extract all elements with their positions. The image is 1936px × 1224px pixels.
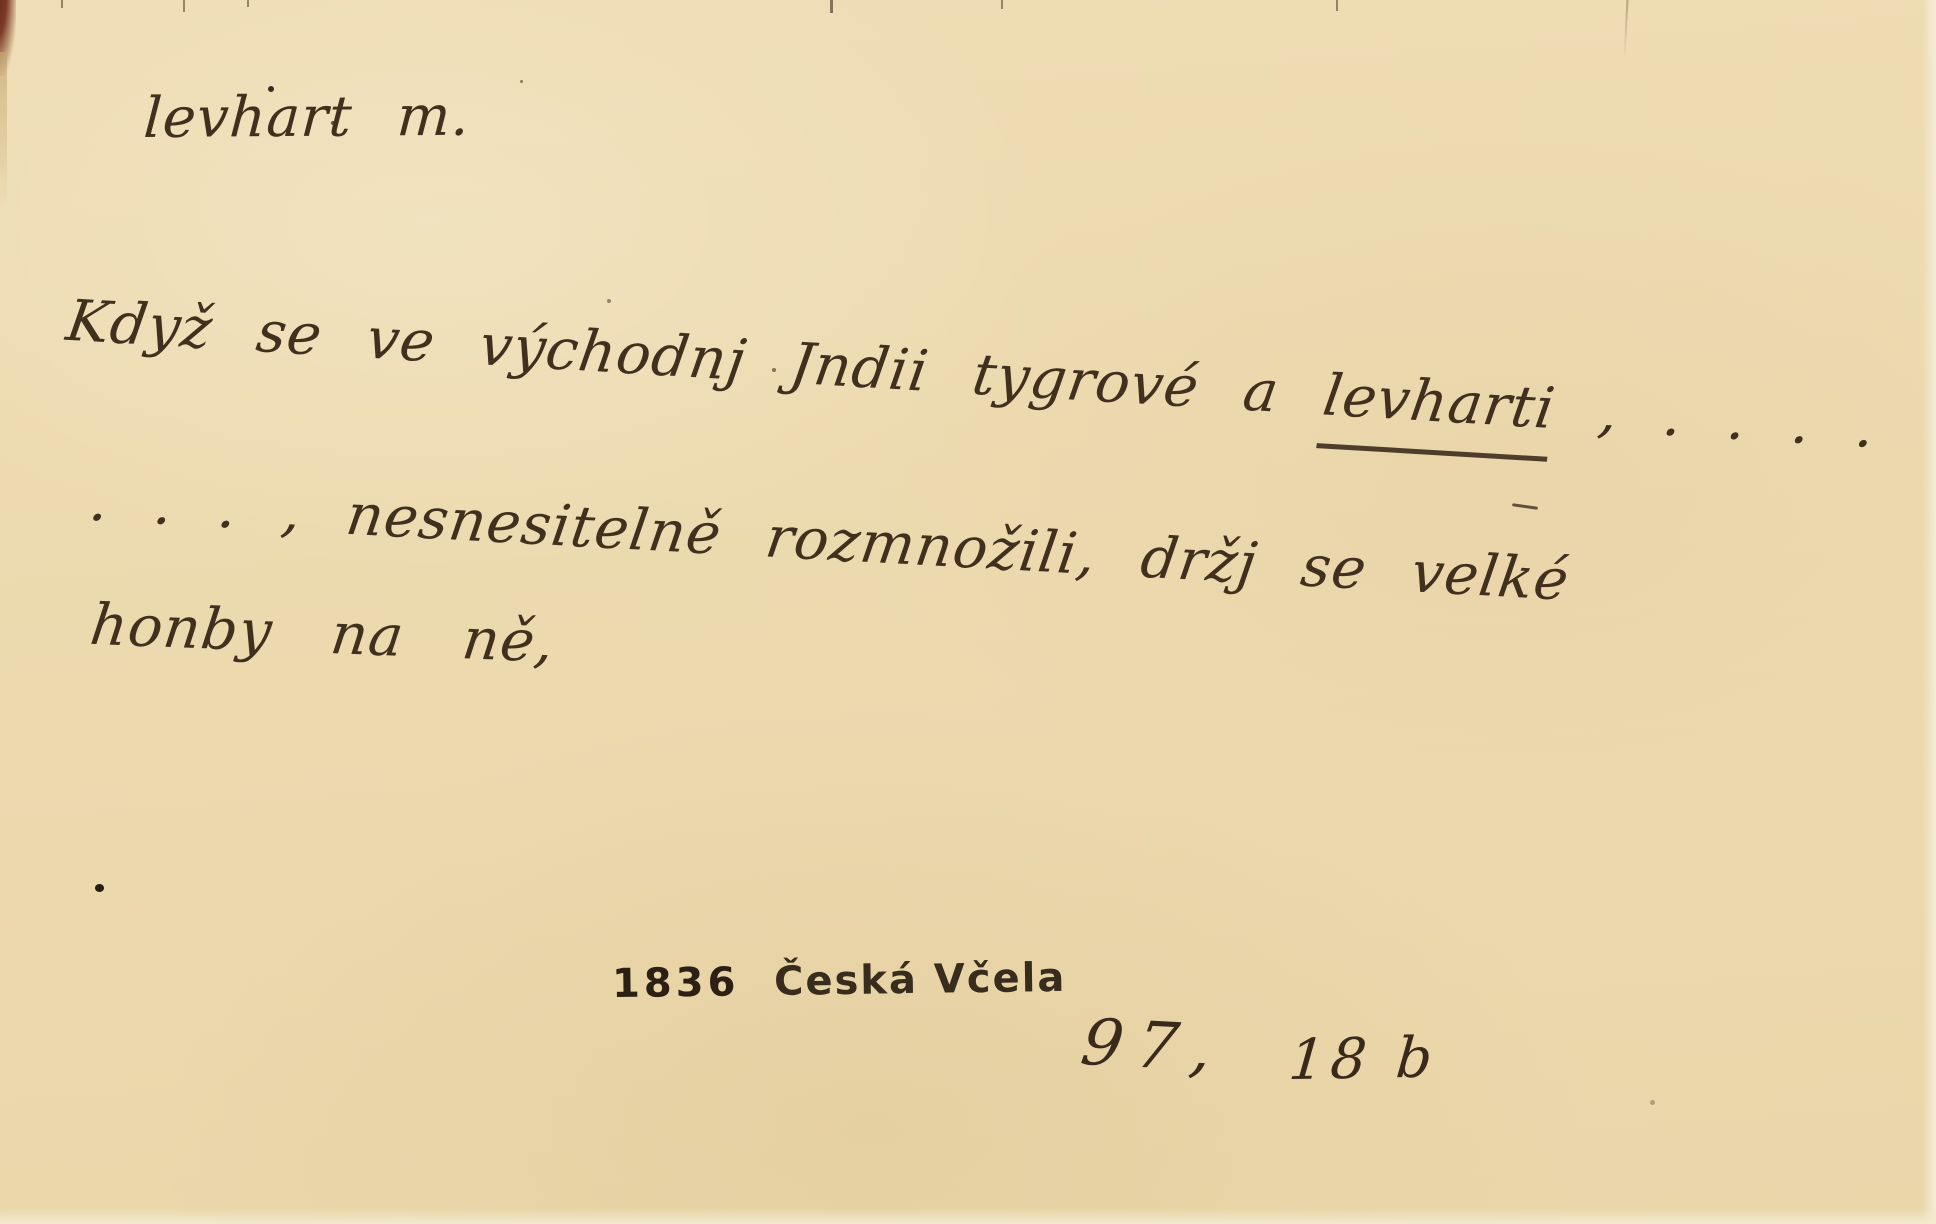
quote-line1-suffix: , . . . .: [1595, 379, 1880, 461]
underline-stray-mark: [1512, 503, 1538, 510]
right-edge-highlight: [1922, 0, 1936, 1224]
quote-line3-text: honby na ně,: [87, 592, 559, 676]
quote-underlined-word: levharti: [1316, 363, 1559, 462]
reference-page-number: 97,: [1076, 1006, 1231, 1087]
source-stamp: 1836 Česká Včela: [612, 955, 1067, 1007]
reference-item-number: 18 b: [1286, 1025, 1441, 1093]
quote-line2-text: . . . , nesnesitelně rozmnožili, držj se…: [86, 468, 1574, 614]
ink-speck: [607, 299, 611, 303]
paper-crease: [1623, 0, 1628, 58]
top-edge-mark: [61, 0, 63, 8]
top-edge-mark: [830, 0, 833, 13]
quote-line-1: Když se ve východnj Jndii tygrové a levh…: [62, 288, 1880, 461]
headword-text: levhart m.: [142, 84, 472, 151]
quote-line1-prefix: Když se ve východnj Jndii tygrové a: [62, 288, 1283, 426]
left-edge-shadow: [0, 52, 7, 212]
quote-line-3: honby na ně,: [87, 592, 559, 676]
reference-page-number-text: 97,: [1076, 1006, 1231, 1087]
ink-speck: [95, 884, 104, 892]
scanned-card: levhart m. Když se ve východnj Jndii tyg…: [0, 0, 1936, 1224]
ink-speck: [520, 80, 523, 83]
quote-line-2: . . . , nesnesitelně rozmnožili, držj se…: [86, 468, 1574, 614]
stamp-year: 1836: [612, 959, 740, 1007]
headword: levhart m.: [142, 84, 472, 151]
top-edge-mark: [1001, 0, 1003, 9]
top-edge-mark: [247, 0, 249, 7]
top-edge-mark: [183, 0, 185, 12]
reference-item-number-text: 18 b: [1286, 1025, 1441, 1093]
ink-speck: [1650, 1100, 1655, 1105]
bottom-edge-highlight: [0, 1208, 1936, 1224]
stamp-source-title: Česká Včela: [774, 955, 1067, 1005]
top-edge-mark: [1336, 0, 1338, 11]
